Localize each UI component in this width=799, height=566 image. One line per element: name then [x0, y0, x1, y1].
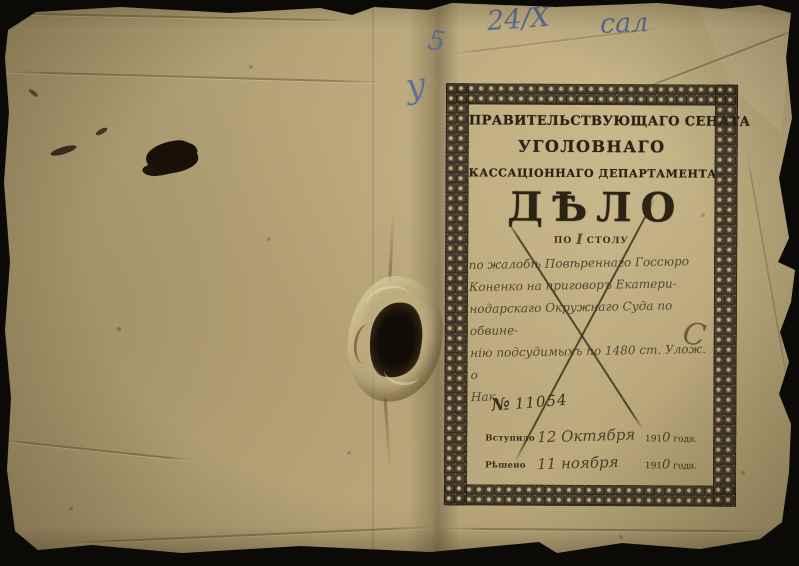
paper-specks [0, 0, 2, 2]
institution-line3: КАССАЦІОННАГО ДЕПАРТАМЕНТА [469, 166, 715, 181]
year-digit-handwritten: 0 [662, 430, 670, 445]
frame-ornament-left [444, 83, 469, 505]
crease-line [0, 439, 189, 461]
received-label: Вступило [485, 433, 529, 443]
desk-number-handwritten: I [572, 232, 587, 248]
ink-blot [95, 126, 109, 137]
cover-text-area: ПРАВИТЕЛЬСТВУЮЩАГО СЕНАТА УГОЛОВНАГО КАС… [467, 104, 715, 485]
year-prefix-printed: 191 [645, 461, 662, 471]
received-year: 1910 года. [635, 430, 697, 445]
year-suffix-printed: года. [673, 434, 697, 444]
photo-background: ПРАВИТЕЛЬСТВУЮЩАГО СЕНАТА УГОЛОВНАГО КАС… [0, 0, 799, 566]
paper-hole [348, 276, 442, 402]
annotation-top-date: 24/X [486, 2, 551, 37]
frame-ornament-top [446, 83, 738, 106]
decided-date-handwritten: 11 ноября [529, 452, 635, 473]
document-paper: ПРАВИТЕЛЬСТВУЮЩАГО СЕНАТА УГОЛОВНАГО КАС… [0, 0, 799, 566]
decided-label: Рѣшено [485, 460, 529, 470]
number-sign: № [491, 394, 511, 415]
ink-blot [144, 138, 200, 176]
decided-year: 1910 года. [635, 457, 697, 472]
description-line: нію подсудимыхъ по 1480 ст. Улож. о [470, 338, 713, 386]
frame-ornament-right [713, 85, 738, 507]
crease-line [446, 528, 758, 533]
desk-line: ПОIСТОЛУ [468, 230, 714, 247]
crease-line [70, 526, 434, 544]
ink-blot [50, 143, 78, 158]
tear-crease [383, 398, 391, 470]
crease-line [6, 71, 378, 83]
crease-line [745, 150, 788, 385]
tear-crease [388, 212, 395, 282]
handwritten-description: по жалобѣ Повѣреннаго Госсюро Коненко на… [468, 250, 713, 408]
description-line: Коненко на приговоръ Екатери- [469, 272, 711, 298]
received-row: Вступило 12 Октября 1910 года. [485, 426, 697, 445]
institution-line1: ПРАВИТЕЛЬСТВУЮЩАГО СЕНАТА [469, 112, 715, 130]
ink-blot [28, 88, 39, 98]
crease-line [6, 12, 350, 21]
desk-suffix: СТОЛУ [587, 236, 629, 246]
year-suffix-printed: года. [673, 461, 697, 471]
received-date-handwritten: 12 Октября [529, 425, 635, 446]
annotation-top-word: сал [599, 7, 648, 40]
frame-ornament-bottom [444, 484, 736, 507]
year-prefix-printed: 191 [645, 434, 662, 444]
year-digit-handwritten: 0 [662, 457, 670, 472]
case-title: ДѢЛО [468, 186, 714, 229]
institution-line2: УГОЛОВНАГО [469, 137, 715, 156]
desk-prefix: ПО [554, 236, 572, 246]
printed-frame: ПРАВИТЕЛЬСТВУЮЩАГО СЕНАТА УГОЛОВНАГО КАС… [444, 83, 738, 507]
